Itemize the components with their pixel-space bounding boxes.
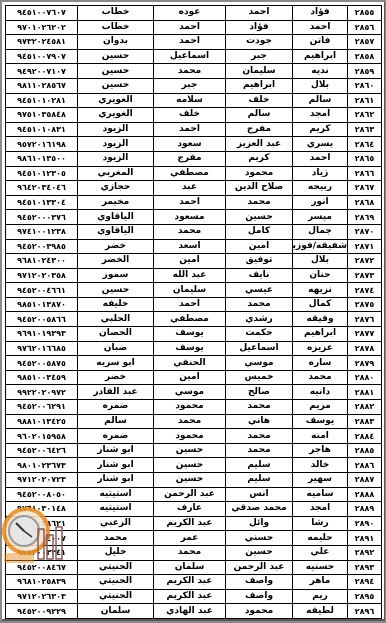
cell-first-name: ريم [293, 589, 348, 604]
cell-number: ٢٨٨٥ [348, 443, 382, 458]
cell-grandfather: احمد [154, 35, 226, 50]
cell-grandfather: محمود [154, 400, 226, 415]
cell-phone: ٩٤٥٢٠٠٦٢٩١ [6, 400, 78, 415]
cell-phone: ٩٦٨١٠٢٤٣٠٠ [6, 254, 78, 269]
cell-grandfather: سعود [154, 137, 226, 152]
cell-first-name: حليمه [293, 531, 348, 546]
cell-father: صالح [226, 385, 293, 400]
cell-phone: ٩٧١٢٠٢٠٧٢٣ [6, 473, 78, 488]
cell-father: ابراهيم [226, 78, 293, 93]
cell-number: ٢٨٨٦ [348, 458, 382, 473]
cell-first-name: ابراهيم [293, 327, 348, 342]
cell-phone: ٩٤٥١٠٠٧٩٠٧ [6, 49, 78, 64]
cell-number: ٢٨٦٩ [348, 210, 382, 225]
cell-family: الغويري [78, 108, 154, 123]
cell-number: ٢٨٩٦ [348, 604, 382, 619]
cell-first-name: ماهر [293, 575, 348, 590]
cell-grandfather: مسعود [154, 210, 226, 225]
cell-first-name: ابراهيم [293, 49, 348, 64]
table-row: ٩٤٥٢٠٠٤٦٦١حسينسليمانعيسينزيهه٢٨٧٤ [6, 283, 382, 298]
table-row: ٩٥٧٢٠١٦١٩٨الزيودسعودعبد العزيزيسري٢٨٦٤ [6, 137, 382, 152]
cell-first-name: فاتن [293, 35, 348, 50]
cell-number: ٢٨٧٤ [348, 283, 382, 298]
records-table: ٩٤٥١٠٠٧٦٠٧خطابعودهاحمدفؤاد٢٨٥٥٩٧٠١٠٢٦٢٠٢… [5, 5, 382, 619]
table-row: ٩٤٥٢٠٠٠٣٧٦الياقاويمسعودحسينميسر٢٨٦٩ [6, 210, 382, 225]
cell-phone: ٩٧٠٢٠٢٨٦٢١ [6, 516, 78, 531]
cell-father: محمد صدقي [226, 502, 293, 517]
cell-first-name: بلال [293, 254, 348, 269]
cell-family: الزيود [78, 122, 154, 137]
cell-first-name: علي [293, 545, 348, 560]
cell-number: ٢٨٨٠ [348, 370, 382, 385]
cell-father: محمد [226, 297, 293, 312]
cell-number: ٢٨٦٨ [348, 195, 382, 210]
table-row: ٩٤٥٢٠٠٨٠٥٠استيتيهعبد الرحمنانسساميه٢٨٨٨ [6, 487, 382, 502]
cell-father: جودت [226, 35, 293, 50]
cell-phone: ٩٧١٢٠٢٦٣٠٣ [6, 589, 78, 604]
table-row: ٩٤٥٢٠٠٥٨٦٦الحلبيمصطفيرشديوقيقه٢٨٧٦ [6, 312, 382, 327]
cell-grandfather: محمد [154, 414, 226, 429]
cell-grandfather: مصطفي [154, 166, 226, 181]
cell-family: حسين [78, 78, 154, 93]
cell-father: خلف [226, 93, 293, 108]
table-row: ٩٧٦٢٠١٦٦٨٥ضبانيوسفاسماعيلعزيزه٢٨٧٨ [6, 341, 382, 356]
cell-family: خطاب [78, 6, 154, 21]
table-row: ٩٤٩٢٠٠٧١٠٧حسينمحمدسليماننديه٢٨٥٩ [6, 64, 382, 79]
cell-phone: ٩٦٨١٠٢٥٨٣٩ [6, 575, 78, 590]
table-row: ٩٧٣٢٠٢٤٥٨١بدواناحمدجودتفاتن٢٨٥٧ [6, 35, 382, 50]
cell-first-name: فؤاد [293, 6, 348, 21]
cell-first-name: خالد [293, 458, 348, 473]
cell-father: محمود [226, 604, 293, 619]
cell-phone: ٩٦٩١٠١٩٣٩٣ [6, 327, 78, 342]
cell-family: حسين [78, 49, 154, 64]
cell-phone: ٩٥٧٢٠١٦١٩٨ [6, 137, 78, 152]
cell-number: ٢٨٧٧ [348, 327, 382, 342]
cell-father: محمد [226, 400, 293, 415]
cell-first-name: هاجر [293, 443, 348, 458]
cell-family: عبد القادر [78, 385, 154, 400]
cell-first-name: نزيهه [293, 283, 348, 298]
cell-first-name: شفيقه/فوزيه [293, 239, 348, 254]
table-row: ٩٨٦١٠١٣٥٠٠الزيودمفرجكريماحمد٢٨٦٥ [6, 151, 382, 166]
cell-family: ضمره [78, 429, 154, 444]
cell-father: مفرج [226, 122, 293, 137]
cell-first-name: ربيحه [293, 181, 348, 196]
cell-first-name: بلال [293, 78, 348, 93]
cell-first-name: ميسر [293, 210, 348, 225]
cell-grandfather: محمد [154, 224, 226, 239]
cell-father: انس [226, 487, 293, 502]
cell-number: ٢٨٦٧ [348, 181, 382, 196]
cell-first-name: ساميه [293, 487, 348, 502]
cell-family: استيتيه [78, 487, 154, 502]
cell-first-name: امجد [293, 108, 348, 123]
cell-first-name: نديه [293, 64, 348, 79]
cell-family: الزيود [78, 151, 154, 166]
cell-grandfather: عبد الهادي [154, 604, 226, 619]
cell-family: محمد [78, 531, 154, 546]
table-row: ٩٨١١٠٢٨٥٦٧حسينجبرابراهيمبلال٢٨٦٠ [6, 78, 382, 93]
cell-phone: ٩٤٥٢٠٠٣٩٨٥ [6, 239, 78, 254]
cell-family: سلمان [78, 604, 154, 619]
cell-phone: ٩٧٤١٠٠١٢٣٨ [6, 224, 78, 239]
cell-grandfather: عارف [154, 502, 226, 517]
cell-family: الحنيتي [78, 560, 154, 575]
cell-phone: ٩٤٥٢٠٠٠٣٧٦ [6, 210, 78, 225]
cell-father: نايف [226, 268, 293, 283]
cell-grandfather: احمد [154, 297, 226, 312]
table-row: ٩٤٥٢٠٠٦٤٢٦ابو شنارحسينمحمدهاجر٢٨٨٥ [6, 443, 382, 458]
cell-family: الحصان [78, 327, 154, 342]
cell-grandfather: خلف [154, 108, 226, 123]
table-row: ٩٤٥١٠٠٧٩٠٧حسيناسماعيلجبرابراهيم٢٨٥٨ [6, 49, 382, 64]
cell-grandfather: امين [154, 254, 226, 269]
cell-number: ٢٨٧٠ [348, 224, 382, 239]
cell-number: ٢٨٦١ [348, 93, 382, 108]
table-row: ٩٧٥١٠٣٥٨٤٨الغويريخلفسالمامجد٢٨٦٢ [6, 108, 382, 123]
cell-first-name: امنه [293, 429, 348, 444]
cell-first-name: ساره [293, 356, 348, 371]
cell-family: خطاب [78, 20, 154, 35]
cell-family: خليل [78, 545, 154, 560]
cell-phone: ٩٤٥٢٠٠٨٠٥٠ [6, 487, 78, 502]
cell-family: خضر [78, 239, 154, 254]
cell-father: حكمت [226, 327, 293, 342]
cell-family: الزعبي [78, 516, 154, 531]
cell-number: ٢٨٦٠ [348, 78, 382, 93]
cell-phone: ٩٤٥١٠١٢٣٠٥ [6, 166, 78, 181]
cell-family: الياقاوي [78, 210, 154, 225]
cell-number: ٢٨٦٣ [348, 122, 382, 137]
cell-phone: ٩٧٦١٠٣٠١٤٨ [6, 502, 78, 517]
cell-number: ٢٨٥٨ [348, 49, 382, 64]
cell-first-name: عزيزه [293, 341, 348, 356]
cell-father: موسي [226, 356, 293, 371]
cell-phone: ٩٧٣٢٠٢٤٥٨١ [6, 35, 78, 50]
cell-grandfather: مصطفي [154, 312, 226, 327]
cell-phone: ٩٧٦٢٠١٦٦٨٥ [6, 341, 78, 356]
cell-phone: ٩٦٥٢٠٠٤٠٠٧ [6, 531, 78, 546]
cell-phone: ٩٤٥١٠١٠٢٨١ [6, 93, 78, 108]
cell-number: ٢٨٥٧ [348, 35, 382, 50]
cell-father: حسني [226, 531, 293, 546]
cell-family: خليفه [78, 297, 154, 312]
cell-family: ابو شنار [78, 473, 154, 488]
cell-grandfather: اسعد [154, 239, 226, 254]
cell-family: الحلبي [78, 312, 154, 327]
cell-father: محمد [226, 195, 293, 210]
cell-father: محمد [226, 443, 293, 458]
cell-family: الحنيتي [78, 575, 154, 590]
table-row: ٩٧١٢٠٢٠٣٥٨سمورعبد اللهنايفحنان٢٨٧٣ [6, 268, 382, 283]
cell-number: ٢٨٩٣ [348, 560, 382, 575]
cell-father: صلاح الدين [226, 181, 293, 196]
cell-number: ٢٨٩١ [348, 531, 382, 546]
table-row: ٩٤٥١٠٠٧٦٠٧خطابعودهاحمدفؤاد٢٨٥٥ [6, 6, 382, 21]
cell-grandfather: عبد الله [154, 268, 226, 283]
table-row: ٩٧٠١٠٢٦٢٠٢خطاباحمدفؤاداحمد٢٨٥٦ [6, 20, 382, 35]
cell-number: ٢٨٥٦ [348, 20, 382, 35]
cell-phone: ٩٨٨١٠١٣٤٢٥ [6, 414, 78, 429]
cell-first-name: انور [293, 195, 348, 210]
cell-grandfather: سلمان [154, 560, 226, 575]
cell-phone: ٩٧٥٢٠٠٣٢٤١ [6, 545, 78, 560]
cell-number: ٢٨٧٥ [348, 297, 382, 312]
cell-first-name: دانيه [293, 385, 348, 400]
table-row: ٩٤٥١٠١٠٢٨١الغويريسلامهخلفسالم٢٨٦١ [6, 93, 382, 108]
cell-grandfather: يوسف [154, 327, 226, 342]
table-row: ٩٩٢٢٠٢٠٩٧٢عبد القادرموسيصالحدانيه٢٨٨١ [6, 385, 382, 400]
table-row: ٩٧١٢٠٢٦٣٠٣الحنيتيعبد الكريمواصفريم٢٨٩٥ [6, 589, 382, 604]
table-row: ٩٧٥٢٠٠٣٢٤١خليلمحمدحسينعلي٢٨٩٢ [6, 545, 382, 560]
cell-first-name: سالم [293, 93, 348, 108]
cell-phone: ٩٨٦١٠١٣٥٠٠ [6, 151, 78, 166]
cell-phone: ٩٤٥١٠١٠٨٣١ [6, 122, 78, 137]
cell-family: استيتيه [78, 502, 154, 517]
table-row: ٩٦٤٢٠٣٤٠٤٦حجازيعبدصلاح الدينربيحه٢٨٦٧ [6, 181, 382, 196]
cell-number: ٢٨٩٥ [348, 589, 382, 604]
cell-phone: ٩٤٥١٠٠٧٦٠٧ [6, 6, 78, 21]
cell-phone: ٩٨٥١٠٠٣٤٥٩ [6, 370, 78, 385]
cell-father: هاني [226, 414, 293, 429]
cell-grandfather: احمد [154, 20, 226, 35]
cell-grandfather: حسين [154, 458, 226, 473]
cell-phone: ٩٤٥٢٠٠٩٢٢٩ [6, 604, 78, 619]
cell-number: ٢٨٨١ [348, 385, 382, 400]
cell-number: ٢٨٦٤ [348, 137, 382, 152]
cell-phone: ٩٨٥١٠١٣٨٧٠ [6, 297, 78, 312]
cell-grandfather: عبد الكريم [154, 575, 226, 590]
cell-number: ٢٨٨٤ [348, 429, 382, 444]
cell-father: كامل [226, 224, 293, 239]
table-row: ٩٤٥١٠١٠٨٣١الزيوداحمدمفرجكريم٢٨٦٣ [6, 122, 382, 137]
cell-father: عبد العزيز [226, 137, 293, 152]
table-row: ٩٧٤١٠٠١٢٣٨الياقاويمحمدكاملجمال٢٨٧٠ [6, 224, 382, 239]
cell-father: كريم [226, 151, 293, 166]
cell-number: ٢٨٧٦ [348, 312, 382, 327]
cell-phone: ٩٤٥٢٠٠٦٤٢٦ [6, 443, 78, 458]
cell-phone: ٩٧٥١٠٣٥٨٤٨ [6, 108, 78, 123]
cell-number: ٢٨٨٩ [348, 502, 382, 517]
cell-grandfather: اسماعيل [154, 49, 226, 64]
records-table-body: ٩٤٥١٠٠٧٦٠٧خطابعودهاحمدفؤاد٢٨٥٥٩٧٠١٠٢٦٢٠٢… [6, 6, 382, 619]
cell-family: مخيمر [78, 195, 154, 210]
cell-father: واصف [226, 575, 293, 590]
cell-family: الغويري [78, 93, 154, 108]
cell-family: ابو شنار [78, 443, 154, 458]
cell-number: ٢٨٩٤ [348, 575, 382, 590]
cell-grandfather: عبد الكريم [154, 589, 226, 604]
cell-grandfather: مفرج [154, 151, 226, 166]
cell-first-name: كمال [293, 297, 348, 312]
cell-family: حسين [78, 283, 154, 298]
cell-grandfather: الحنفي [154, 356, 226, 371]
table-row: ٩٧٦١٠٣٠١٤٨استيتيهعارفمحمد صدقيامجد٢٨٨٩ [6, 502, 382, 517]
table-row: ٩٤٥١٠١٢٣٠٥المغربيمصطفيمحمودزياد٢٨٦٦ [6, 166, 382, 181]
cell-first-name: حسنيه [293, 560, 348, 575]
cell-father: سليم [226, 458, 293, 473]
cell-father: حسين [226, 545, 293, 560]
table-row: ٩٤٥٢٠٠٨٤٦٧الحنيتيسلمانعبد الرحمنحسنيه٢٨٩… [6, 560, 382, 575]
cell-phone: ٩٤٩٢٠٠٧١٠٧ [6, 64, 78, 79]
table-row: ٩٤٥٢٠٠٩٢٢٩سلمانعبد الهاديمحمودلطيفه٢٨٩٦ [6, 604, 382, 619]
cell-father: واصف [226, 589, 293, 604]
cell-number: ٢٨٨٧ [348, 473, 382, 488]
cell-grandfather: محمود [154, 429, 226, 444]
cell-family: حسين [78, 64, 154, 79]
cell-first-name: احمد [293, 151, 348, 166]
cell-family: المغربي [78, 166, 154, 181]
cell-family: الزيود [78, 137, 154, 152]
cell-grandfather: احمد [154, 122, 226, 137]
cell-phone: ٩٦٤٢٠٣٤٠٤٦ [6, 181, 78, 196]
cell-father: حسين [226, 210, 293, 225]
cell-grandfather: امين [154, 370, 226, 385]
cell-phone: ٩٤٥٢٠٠٥٨٧٥ [6, 356, 78, 371]
cell-family: خضر [78, 370, 154, 385]
cell-phone: ٩٧٠١٠٢٦٢٠٢ [6, 20, 78, 35]
cell-father: اسماعيل [226, 341, 293, 356]
cell-first-name: رشا [293, 516, 348, 531]
table-row: ٩٧٠٢٠٢٨٦٢١الزعبيعبد الكريموائلرشا٢٨٩٠ [6, 516, 382, 531]
table-row: ٩٧١٢٠٢٠٧٢٣ابو شنارحسينسليمسهير٢٨٨٧ [6, 473, 382, 488]
cell-number: ٢٨٧٣ [348, 268, 382, 283]
cell-first-name: محمد [293, 370, 348, 385]
cell-father: سالم [226, 108, 293, 123]
cell-family: ابو شنار [78, 458, 154, 473]
cell-phone: ٩٤٥١٠١٣٣٠٤ [6, 195, 78, 210]
table-row: ٩٤٥٢٠٠٥٨٧٥ابو سريهالحنفيموسيساره٢٨٧٩ [6, 356, 382, 371]
cell-father: فؤاد [226, 20, 293, 35]
cell-number: ٢٨٧١ [348, 239, 382, 254]
table-row: ٩٦٠٢٠١٥٩٥٨ضمرهمحمودمحمدامنه٢٨٨٤ [6, 429, 382, 444]
cell-father: سليمان [226, 64, 293, 79]
cell-family: سالم [78, 414, 154, 429]
cell-grandfather: سليمان [154, 283, 226, 298]
cell-family: بدوان [78, 35, 154, 50]
cell-father: محمود [226, 166, 293, 181]
cell-first-name: يوسف [293, 414, 348, 429]
cell-grandfather: عمر [154, 531, 226, 546]
cell-number: ٢٨٧٢ [348, 254, 382, 269]
cell-phone: ٩٤٥٢٠٠٨٤٦٧ [6, 560, 78, 575]
cell-first-name: يسري [293, 137, 348, 152]
cell-father: عبد الرحمن [226, 560, 293, 575]
cell-grandfather: احمد [154, 195, 226, 210]
cell-first-name: زياد [293, 166, 348, 181]
table-row: ٩٨٥١٠٠٣٤٥٩خضرامينخميسمحمد٢٨٨٠ [6, 370, 382, 385]
cell-number: ٢٨٥٩ [348, 64, 382, 79]
table-row: ٩٨٨١٠١٣٤٢٥سالممحمدهانييوسف٢٨٨٣ [6, 414, 382, 429]
cell-family: ضبان [78, 341, 154, 356]
cell-number: ٢٨٥٥ [348, 6, 382, 21]
cell-first-name: سهير [293, 473, 348, 488]
cell-number: ٢٨٦٦ [348, 166, 382, 181]
cell-grandfather: محمد [154, 64, 226, 79]
cell-phone: ٩٧١٢٠٢٠٣٥٨ [6, 268, 78, 283]
cell-grandfather: عوده [154, 6, 226, 21]
cell-family: ضمره [78, 400, 154, 415]
cell-first-name: كريم [293, 122, 348, 137]
cell-first-name: حنان [293, 268, 348, 283]
table-row: ٩٦٩١٠١٩٣٩٣الحصانيوسفحكمتابراهيم٢٨٧٧ [6, 327, 382, 342]
cell-phone: ٩٦٠٢٠١٥٩٥٨ [6, 429, 78, 444]
cell-father: امين [226, 239, 293, 254]
cell-father: توفيق [226, 254, 293, 269]
cell-grandfather: عبد الكريم [154, 516, 226, 531]
table-row: ٩٤٥٢٠٠٦٢٩١ضمرهمحمودمحمدمريم٢٨٨٢ [6, 400, 382, 415]
cell-father: عيسي [226, 283, 293, 298]
cell-first-name: احمد [293, 20, 348, 35]
cell-phone: ٩٨١١٠٢٨٥٦٧ [6, 78, 78, 93]
cell-first-name: لطيفه [293, 604, 348, 619]
table-row: ٩٦٨١٠٢٥٨٣٩الحنيتيعبد الكريمواصفماهر٢٨٩٤ [6, 575, 382, 590]
cell-phone: ٩٨٠١٠٢٣٦٧٣ [6, 458, 78, 473]
cell-grandfather: حسين [154, 473, 226, 488]
cell-father: سليم [226, 473, 293, 488]
cell-first-name: امجد [293, 502, 348, 517]
cell-number: ٢٨٨٣ [348, 414, 382, 429]
cell-grandfather: موسي [154, 385, 226, 400]
table-row: ٩٦٥٢٠٠٤٠٠٧محمدعمرحسنيحليمه٢٨٩١ [6, 531, 382, 546]
cell-grandfather: يوسف [154, 341, 226, 356]
cell-grandfather: حسين [154, 443, 226, 458]
cell-phone: ٩٩٢٢٠٢٠٩٧٢ [6, 385, 78, 400]
cell-number: ٢٨٦٢ [348, 108, 382, 123]
cell-family: ابو سريه [78, 356, 154, 371]
cell-number: ٢٨٩٢ [348, 545, 382, 560]
cell-number: ٢٨٧٨ [348, 341, 382, 356]
table-row: ٩٨٠١٠٢٣٦٧٣ابو شنارحسينسليمخالد٢٨٨٦ [6, 458, 382, 473]
cell-number: ٢٨٩٠ [348, 516, 382, 531]
cell-family: الياقاوي [78, 224, 154, 239]
cell-father: محمد [226, 429, 293, 444]
cell-family: الحنيتي [78, 589, 154, 604]
cell-father: جبر [226, 49, 293, 64]
cell-first-name: جمال [293, 224, 348, 239]
cell-number: ٢٨٨٢ [348, 400, 382, 415]
cell-number: ٢٨٨٨ [348, 487, 382, 502]
cell-phone: ٩٤٥٢٠٠٥٨٦٦ [6, 312, 78, 327]
table-row: ٩٦٨١٠٢٤٣٠٠الخضرامينتوفيقبلال٢٨٧٢ [6, 254, 382, 269]
cell-grandfather: محمد [154, 545, 226, 560]
table-row: ٩٤٥١٠١٣٣٠٤مخيمراحمدمحمدانور٢٨٦٨ [6, 195, 382, 210]
cell-grandfather: جبر [154, 78, 226, 93]
cell-father: وائل [226, 516, 293, 531]
table-row: ٩٨٥١٠١٣٨٧٠خليفهاحمدمحمدكمال٢٨٧٥ [6, 297, 382, 312]
cell-grandfather: عبد الرحمن [154, 487, 226, 502]
cell-number: ٢٨٧٩ [348, 356, 382, 371]
cell-father: احمد [226, 6, 293, 21]
cell-phone: ٩٤٥٢٠٠٤٦٦١ [6, 283, 78, 298]
cell-family: حجازي [78, 181, 154, 196]
cell-family: سمور [78, 268, 154, 283]
cell-first-name: مريم [293, 400, 348, 415]
cell-father: رشدي [226, 312, 293, 327]
cell-grandfather: عبد [154, 181, 226, 196]
cell-first-name: وقيقه [293, 312, 348, 327]
cell-number: ٢٨٦٥ [348, 151, 382, 166]
cell-father: خميس [226, 370, 293, 385]
cell-grandfather: سلامه [154, 93, 226, 108]
cell-family: الخضر [78, 254, 154, 269]
table-row: ٩٤٥٢٠٠٣٩٨٥خضراسعدامينشفيقه/فوزيه٢٨٧١ [6, 239, 382, 254]
document-page: ٩٤٥١٠٠٧٦٠٧خطابعودهاحمدفؤاد٢٨٥٥٩٧٠١٠٢٦٢٠٢… [2, 2, 385, 621]
